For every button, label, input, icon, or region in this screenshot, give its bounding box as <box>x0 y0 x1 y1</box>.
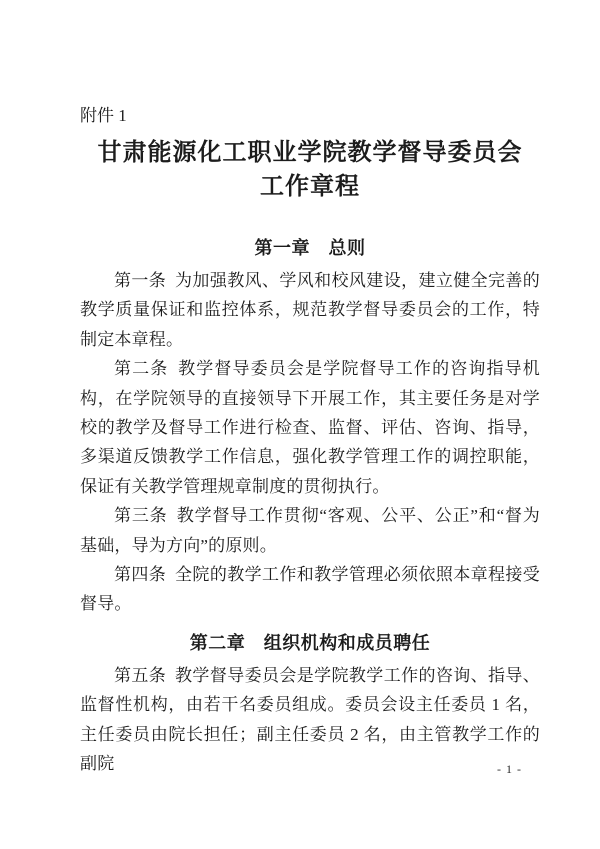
page-number: - 1 - <box>497 762 522 777</box>
article-4-paragraph: 第四条 全院的教学工作和教学管理必须依照本章程接受督导。 <box>80 560 540 619</box>
attachment-label: 附件 1 <box>80 105 540 127</box>
document-title-line2: 工作章程 <box>80 170 540 204</box>
chapter-1-heading: 第一章 总则 <box>80 237 540 259</box>
article-5-paragraph: 第五条 教学督导委员会是学院教学工作的咨询、指导、监督性机构，由若干名委员组成。… <box>80 661 540 779</box>
document-page: 附件 1 甘肃能源化工职业学院教学督导委员会 工作章程 第一章 总则 第一条 为… <box>0 0 600 849</box>
document-title-line1: 甘肃能源化工职业学院教学督导委员会 <box>80 136 540 170</box>
article-1-paragraph: 第一条 为加强教风、学风和校风建设，建立健全完善的教学质量保证和监控体系，规范教… <box>80 266 540 354</box>
chapter-2-heading: 第二章 组织机构和成员聘任 <box>80 632 540 654</box>
article-2-paragraph: 第二条 教学督导委员会是学院督导工作的咨询指导机构，在学院领导的直接领导下开展工… <box>80 354 540 501</box>
article-3-paragraph: 第三条 教学督导工作贯彻“客观、公平、公正”和“督为基础，导为方向”的原则。 <box>80 501 540 560</box>
document-content: 附件 1 甘肃能源化工职业学院教学督导委员会 工作章程 第一章 总则 第一条 为… <box>80 0 540 779</box>
